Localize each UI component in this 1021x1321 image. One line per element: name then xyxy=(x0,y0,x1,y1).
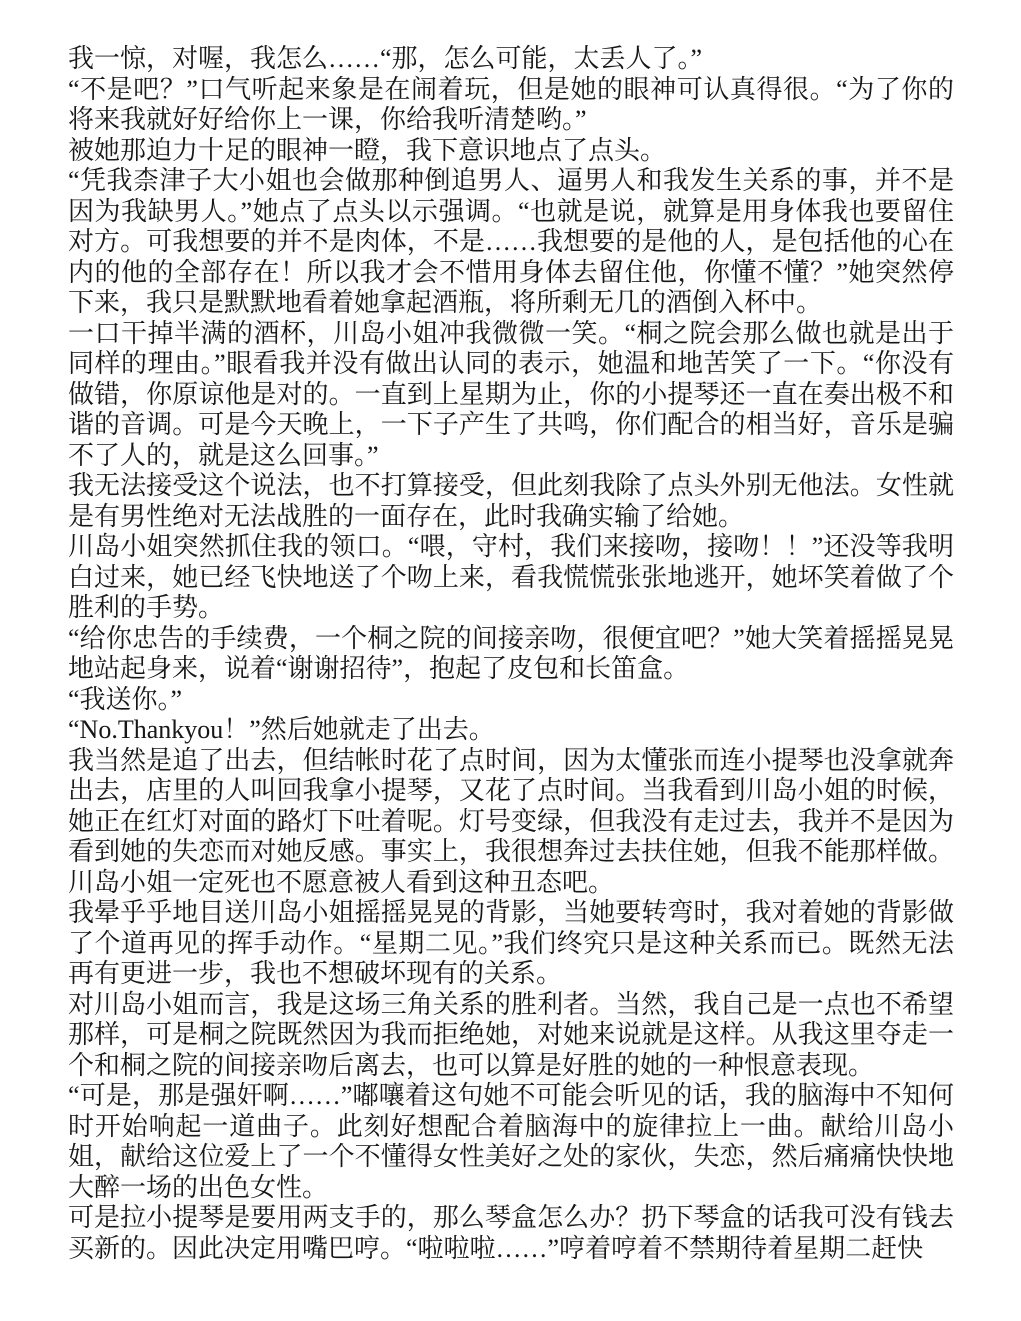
paragraph: “不是吧？”口气听起来象是在闹着玩，但是她的眼神可认真得很。“为了你的将来我就好… xyxy=(68,75,954,136)
text-block: 我一惊，对喔，我怎么……“那，怎么可能，太丢人了。” “不是吧？”口气听起来象是… xyxy=(68,44,954,1264)
paragraph: 一口干掉半满的酒杯，川岛小姐冲我微微一笑。“桐之院会那么做也就是出于同样的理由。… xyxy=(68,319,954,472)
paragraph: 可是拉小提琴是要用两支手的，那么琴盒怎么办？扔下琴盒的话我可没有钱去买新的。因此… xyxy=(68,1203,954,1264)
paragraph: “给你忠告的手续费，一个桐之院的间接亲吻，很便宜吧？”她大笑着摇摇晃晃地站起身来… xyxy=(68,624,954,685)
paragraph: “可是，那是强奸啊……”嘟嚷着这句她不可能会听见的话，我的脑海中不知何时开始响起… xyxy=(68,1081,954,1203)
paragraph: “No.Thankyou！”然后她就走了出去。 xyxy=(68,715,954,746)
paragraph: “凭我柰津子大小姐也会做那种倒追男人、逼男人和我发生关系的事，并不是因为我缺男人… xyxy=(68,166,954,319)
paragraph: 我无法接受这个说法，也不打算接受，但此刻我除了点头外别无他法。女性就是有男性绝对… xyxy=(68,471,954,532)
paragraph: 我当然是追了出去，但结帐时花了点时间，因为太懂张而连小提琴也没拿就奔出去，店里的… xyxy=(68,746,954,899)
paragraph: 对川岛小姐而言，我是这场三角关系的胜利者。当然，我自己是一点也不希望那样，可是桐… xyxy=(68,990,954,1082)
paragraph: “我送你。” xyxy=(68,685,954,716)
paragraph: 我晕乎乎地目送川岛小姐摇摇晃晃的背影，当她要转弯时，我对着她的背影做了个道再见的… xyxy=(68,898,954,990)
paragraph: 我一惊，对喔，我怎么……“那，怎么可能，太丢人了。” xyxy=(68,44,954,75)
paragraph: 川岛小姐突然抓住我的领口。“喂，守村，我们来接吻，接吻！！”还没等我明白过来，她… xyxy=(68,532,954,624)
novel-page: 我一惊，对喔，我怎么……“那，怎么可能，太丢人了。” “不是吧？”口气听起来象是… xyxy=(0,0,1021,1321)
paragraph: 被她那迫力十足的眼神一瞪，我下意识地点了点头。 xyxy=(68,136,954,167)
